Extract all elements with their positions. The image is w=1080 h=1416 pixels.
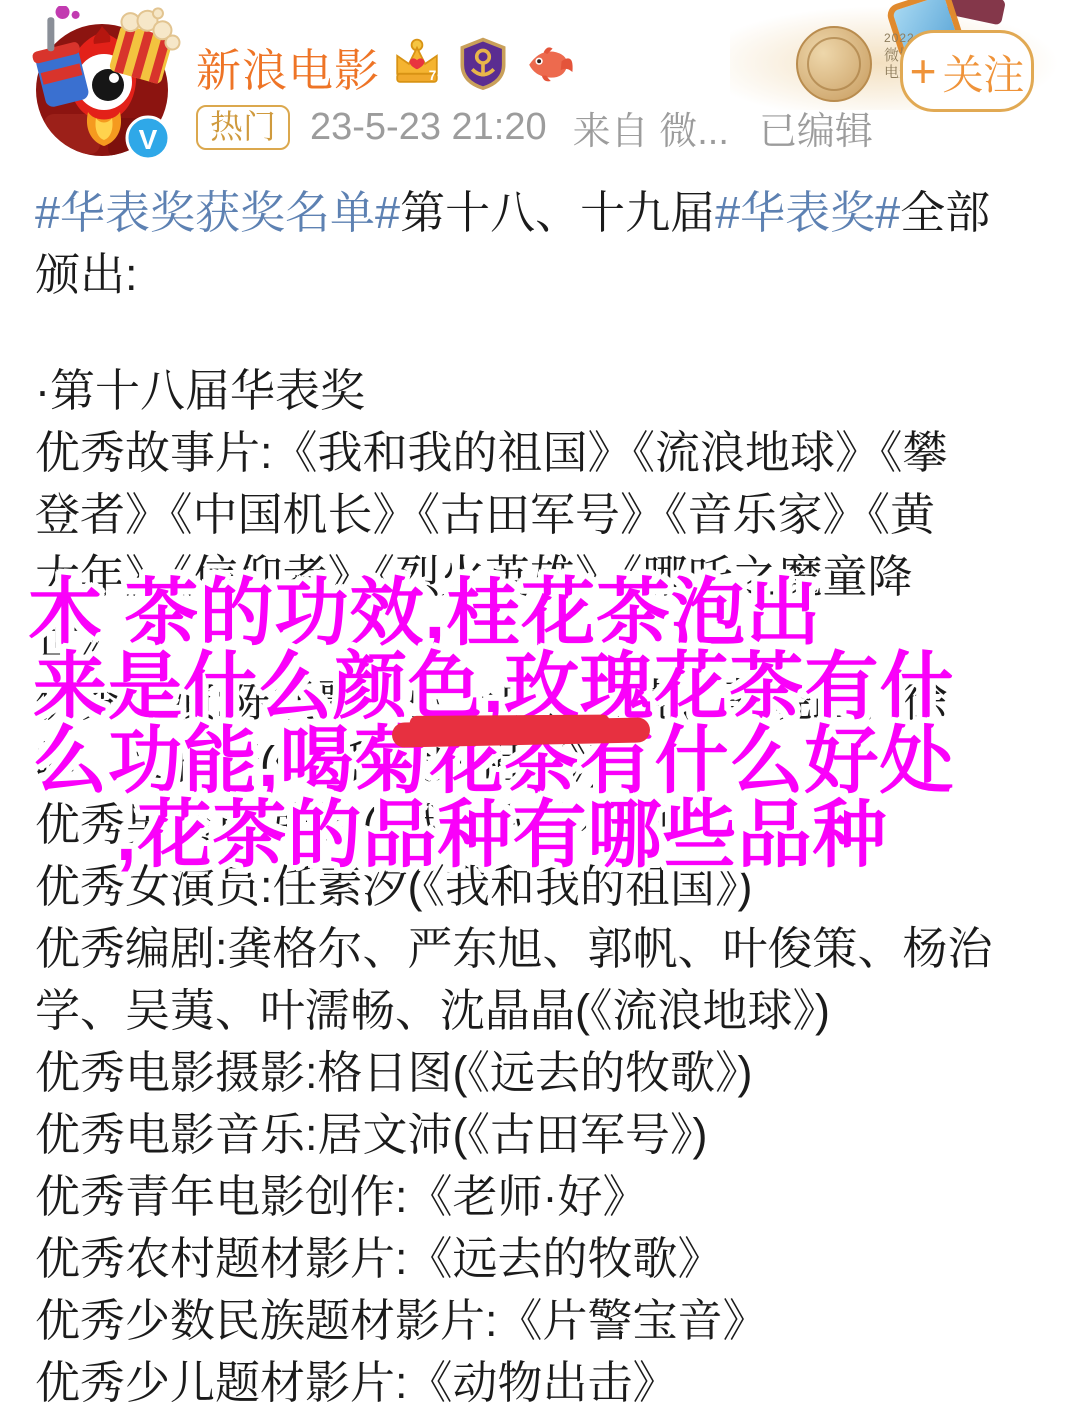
post-intro: #华表奖获奖名单#第十八、十九届#华表奖#全部 颁出:: [35, 182, 1047, 306]
follow-button[interactable]: + 关注: [900, 30, 1034, 112]
hashtag-link-huabiao[interactable]: #华表奖#: [715, 187, 900, 238]
sina-eye-logo-icon: V: [26, 6, 186, 162]
svg-text:V: V: [139, 124, 158, 155]
gold-medal-icon: [796, 26, 872, 102]
award-line: 优秀女演员:任素汐(《我和我的祖国》): [35, 856, 1047, 918]
award-line: 世》: [35, 608, 1047, 670]
hashtag-link-huabiao-list[interactable]: #华表奖获奖名单#: [35, 187, 400, 238]
weibo-post-page: V 新浪电影 7 热门 23-5-23 21:20: [0, 0, 1080, 1416]
svg-text:7: 7: [429, 68, 437, 83]
award-line: 登者》《中国机长》《古田军号》《音乐家》《黄: [35, 484, 1047, 546]
source-link[interactable]: 来自 微...: [573, 100, 729, 155]
award-line: 优秀青年电影创作:《老师·好》: [35, 1166, 1047, 1228]
intro-text-1: 第十八、十九届: [400, 187, 715, 238]
crown-level-7-icon: 7: [390, 36, 444, 90]
award-line: 优秀农村题材影片:《远去的牧歌》: [35, 1228, 1047, 1290]
award-line: 优秀电影摄影:格日图(《远去的牧歌》): [35, 1042, 1047, 1104]
avatar[interactable]: V: [26, 6, 186, 162]
award-line: 优秀编剧:龚格尔、严东旭、郭帆、叶俊策、杨治: [35, 918, 1047, 980]
vip-badges: 7: [390, 36, 576, 90]
award-line: 优秀少数民族题材影片:《片警宝音》: [35, 1290, 1047, 1352]
award-line: 学、吴荑、叶濡畅、沈晶晶(《流浪地球》): [35, 980, 1047, 1042]
verified-v-icon: V: [127, 117, 169, 159]
award-line: 优秀故事片:《我和我的祖国》《流浪地球》《攀: [35, 422, 1047, 484]
hot-tag-badge: 热门: [196, 105, 290, 150]
intro-line-2: 颁出:: [35, 244, 1047, 306]
timestamp: 23-5-23 21:20: [310, 106, 547, 149]
award-list: ·第十八届华表奖 优秀故事片:《我和我的祖国》《流浪地球》《攀 登者》《中国机长…: [35, 360, 1047, 1414]
award-line: ·第十八届华表奖: [35, 360, 1047, 422]
koi-fish-icon: [522, 36, 576, 90]
plus-icon: +: [910, 44, 937, 98]
award-line: 优秀电影音乐:居文沛(《古田军号》): [35, 1104, 1047, 1166]
award-line: 大年》《信仰者》《烈火英雄》《哪吒之魔童降: [35, 546, 1047, 608]
award-line: 优秀男演员:张译(《我和我的祖国》): [35, 794, 1047, 856]
follow-button-label: 关注: [942, 42, 1024, 101]
username[interactable]: 新浪电影: [196, 34, 380, 99]
shield-anchor-icon: [456, 36, 510, 90]
award-line: 优秀少儿题材影片:《动物出击》: [35, 1352, 1047, 1414]
intro-text-2: 全部: [900, 187, 990, 238]
